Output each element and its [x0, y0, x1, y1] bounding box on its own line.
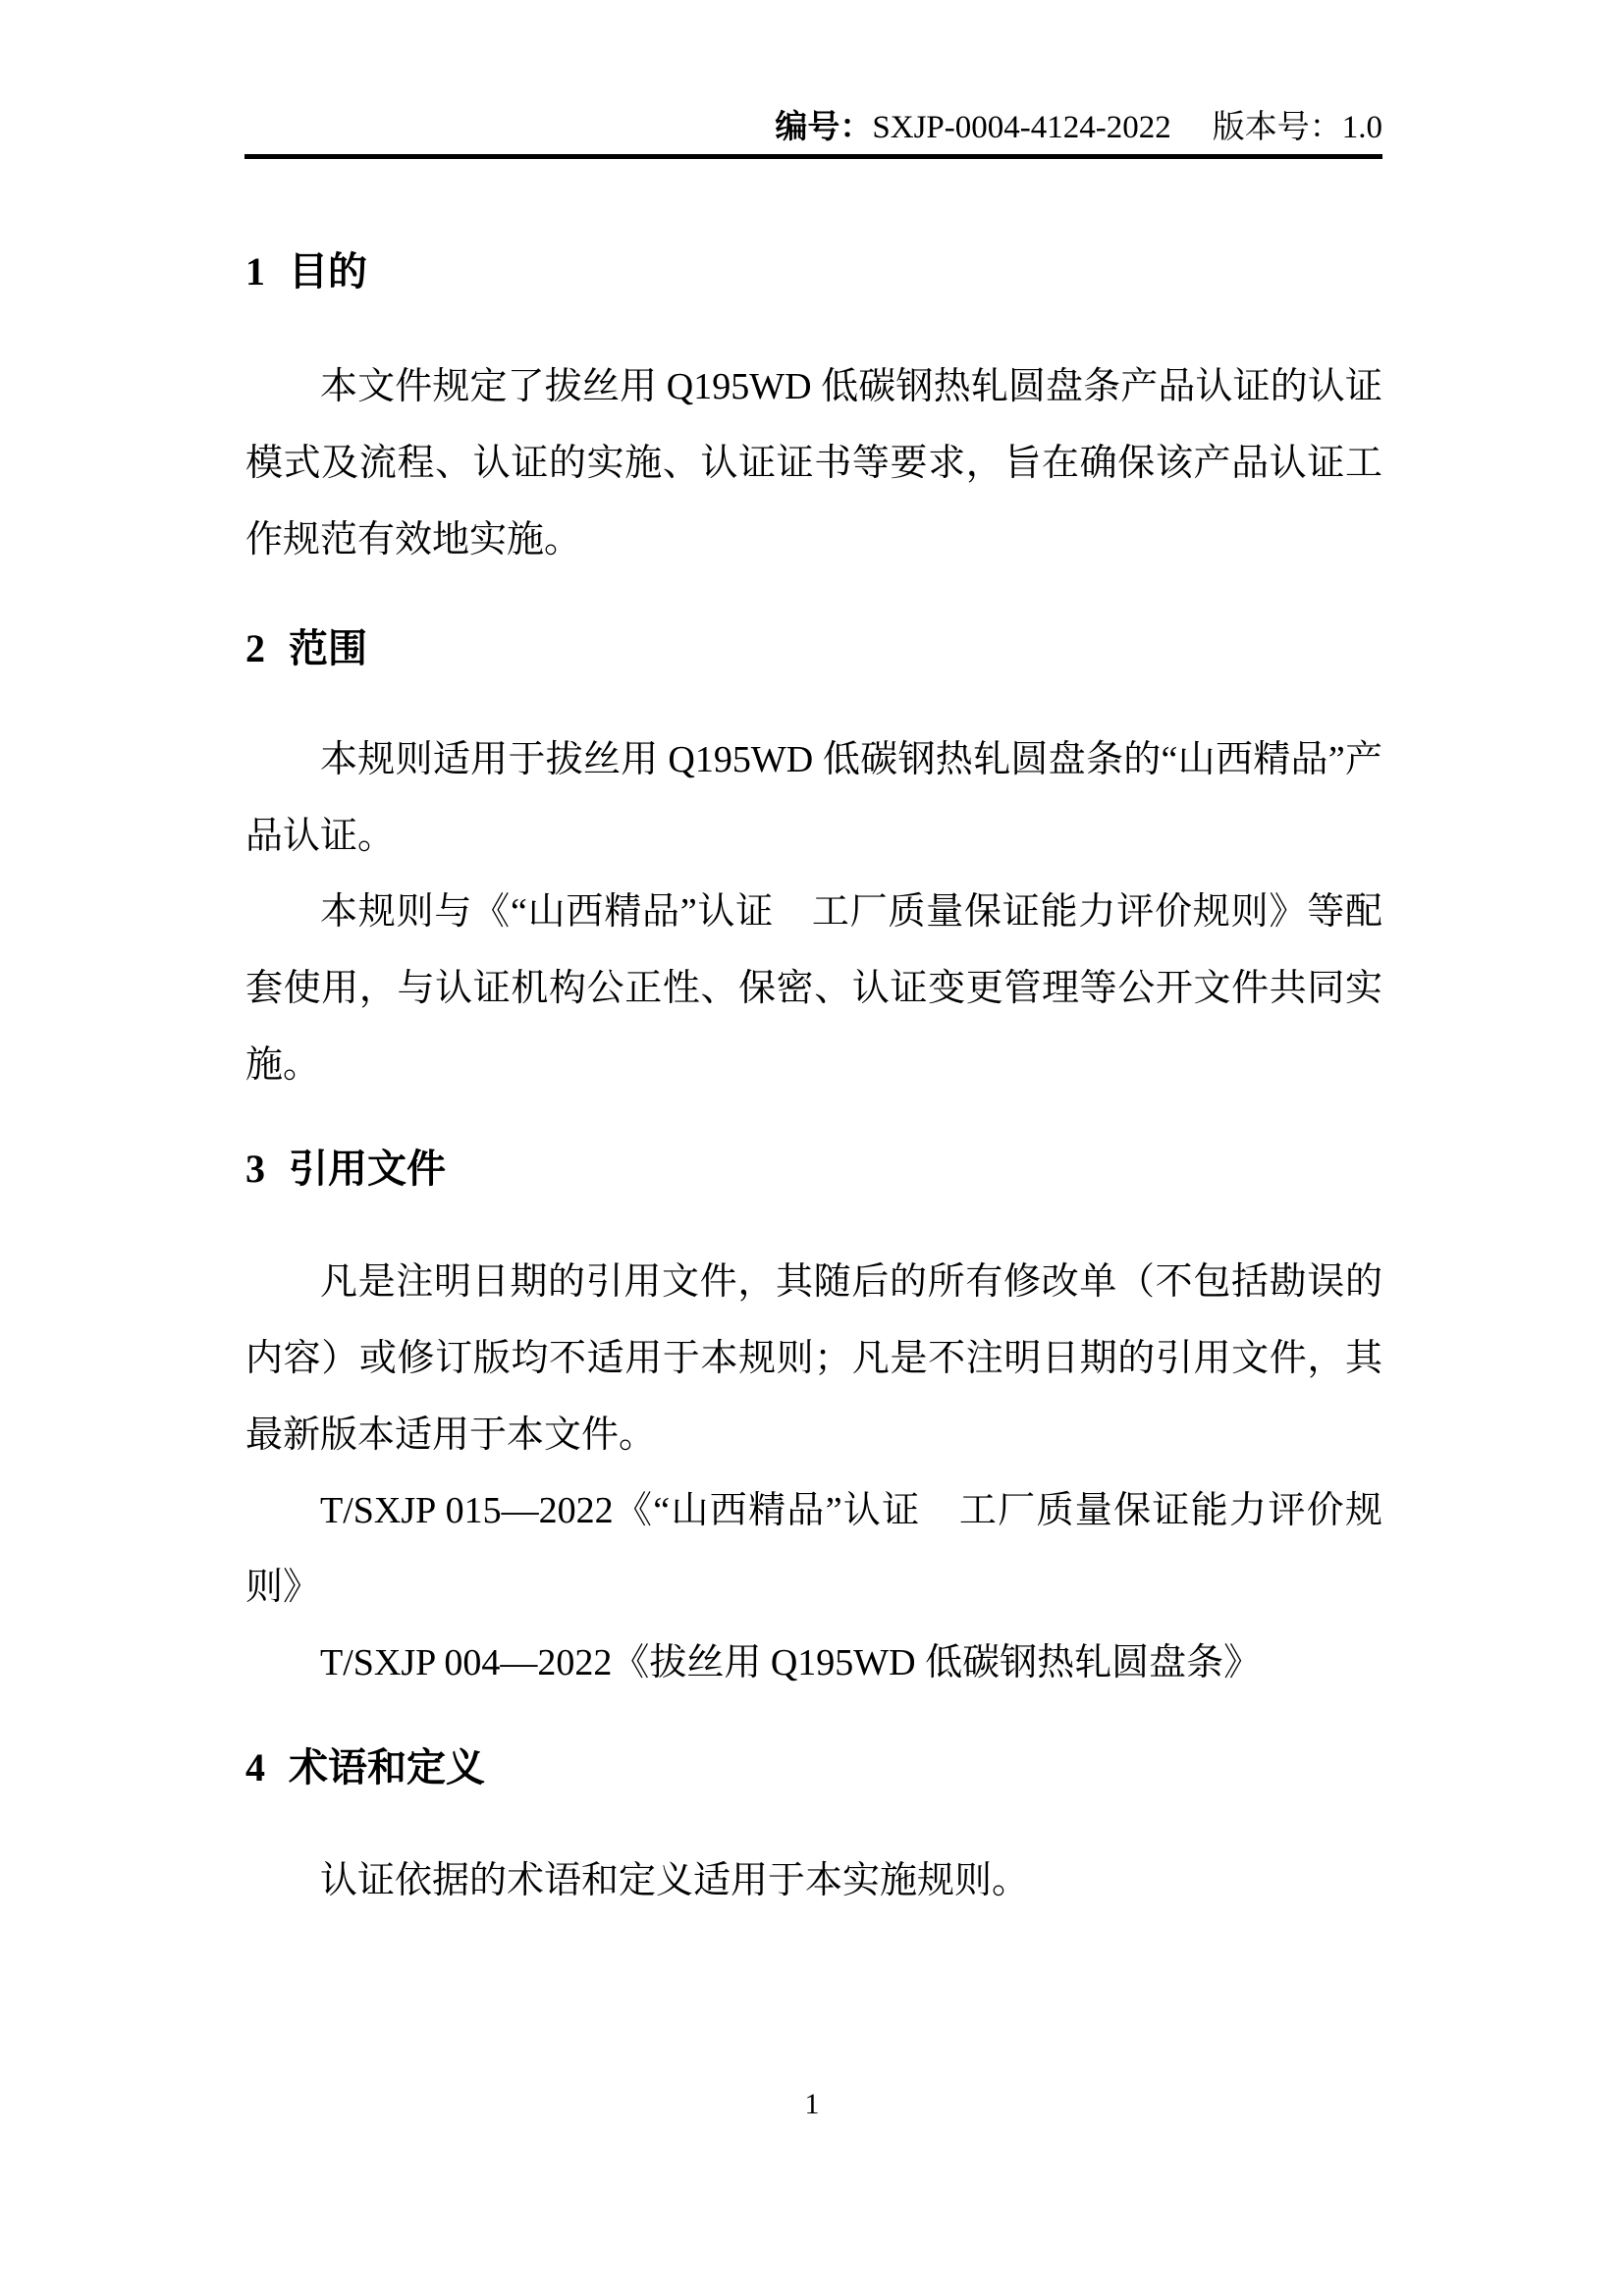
document-header: 编号：SXJP-0004-4124-2022版本号：1.0: [245, 108, 1382, 147]
section-title: 目的: [289, 249, 367, 294]
page-number: 1: [0, 2087, 1624, 2122]
paragraph-scope-1: 本规则适用于拔丝用 Q195WD 低碳钢热轧圆盘条的“山西精品”产品认证。: [245, 721, 1382, 875]
doc-version-label: 版本号：: [1213, 110, 1342, 145]
section-title: 范围: [289, 626, 367, 670]
section-number: 2: [245, 626, 265, 670]
paragraph-references-1: 凡是注明日期的引用文件，其随后的所有修改单（不包括勘误的内容）或修订版均不适用于…: [245, 1244, 1382, 1473]
doc-number-value: SXJP-0004-4124-2022: [872, 110, 1170, 145]
paragraph-references-3: T/SXJP 004—2022《拔丝用 Q195WD 低碳钢热轧圆盘条》: [245, 1625, 1382, 1701]
section-heading-scope: 2范围: [245, 625, 1382, 672]
section-number: 1: [245, 249, 265, 294]
section-title: 引用文件: [289, 1147, 446, 1191]
section-title: 术语和定义: [289, 1745, 485, 1789]
section-heading-purpose: 1目的: [245, 248, 1382, 295]
paragraph-scope-2: 本规则与《“山西精品”认证 工厂质量保证能力评价规则》等配套使用，与认证机构公正…: [245, 874, 1382, 1103]
header-divider-rule: [244, 154, 1382, 159]
section-number: 4: [245, 1745, 265, 1789]
section-heading-terms: 4术语和定义: [245, 1744, 1382, 1791]
doc-version-value: 1.0: [1342, 110, 1382, 145]
section-heading-references: 3引用文件: [245, 1146, 1382, 1193]
document-page: 编号：SXJP-0004-4124-2022版本号：1.0 1目的 本文件规定了…: [0, 0, 1624, 2296]
doc-number-label: 编号：: [775, 110, 872, 145]
paragraph-purpose: 本文件规定了拔丝用 Q195WD 低碳钢热轧圆盘条产品认证的认证模式及流程、认证…: [245, 348, 1382, 578]
paragraph-references-2: T/SXJP 015—2022《“山西精品”认证 工厂质量保证能力评价规则》: [245, 1472, 1382, 1626]
section-number: 3: [245, 1147, 265, 1191]
paragraph-terms: 认证依据的术语和定义适用于本实施规则。: [245, 1842, 1382, 1919]
